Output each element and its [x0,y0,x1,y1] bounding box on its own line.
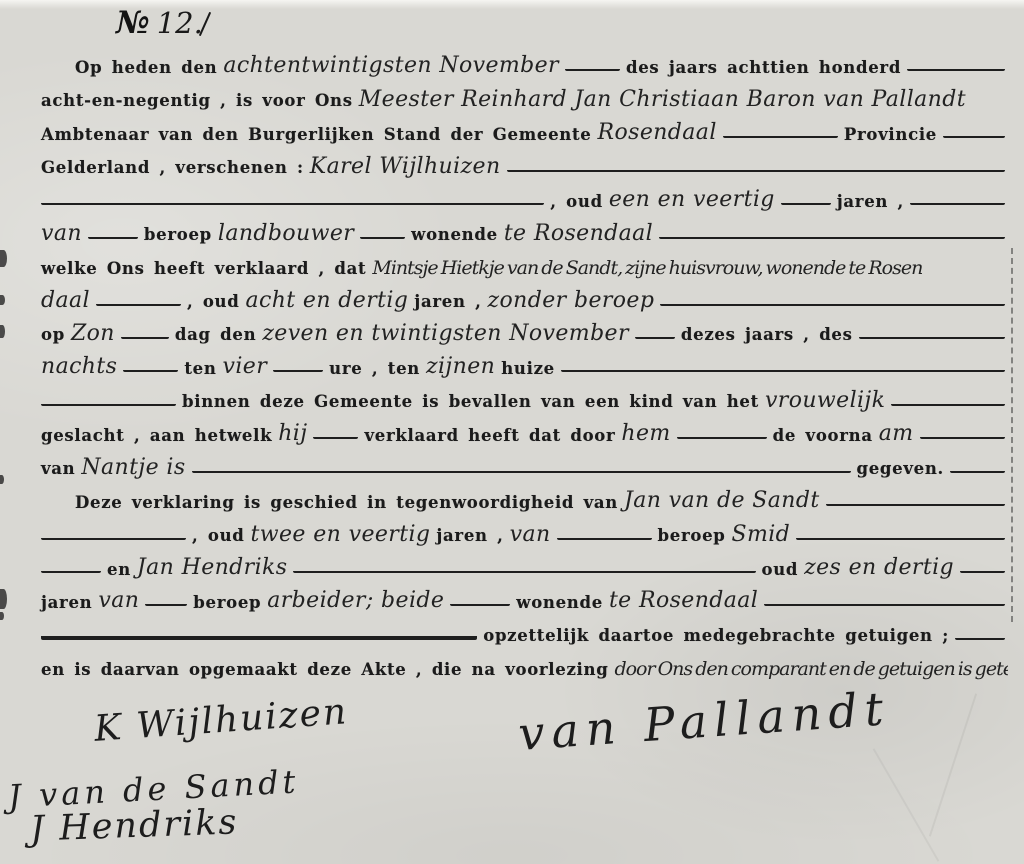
blank-rule [723,134,838,138]
blank-rule [910,201,1005,205]
blank-rule [561,368,1005,372]
printed-text: Deze verklaring is geschied in tegenwoor… [75,495,618,512]
line-birth-time: nachtstenvierure , tenzijnenhuize [38,346,1008,379]
blank-rule [950,469,1005,473]
handwritten-entry: acht en dertig [245,290,408,312]
printed-text: Gelderland , verschenen : [41,160,304,177]
scan-artifact [0,295,5,305]
line-witness-2-occupation: jarenvanberoeparbeider; beidewonendete R… [38,580,1008,613]
paper-crease [873,748,940,862]
blank-rule [660,302,1005,306]
handwritten-entry: van [41,223,82,245]
line-year-registrar: acht-en-negentig , is voor OnsMeester Re… [38,78,1008,111]
scan-artifact [0,475,4,484]
printed-text: wonende [411,227,498,244]
blank-rule [677,435,767,439]
signature-father: K Wijlhuizen [93,691,349,750]
line-province-declarant: Gelderland , verschenen :Karel Wijlhuize… [38,145,1008,178]
printed-text: huize [501,361,555,378]
handwritten-entry: landbouwer [218,223,354,245]
line-birth-day: opZondag denzeven en twintigsten Novembe… [38,313,1008,346]
line-mother: welke Ons heeft verklaard , datMintsje H… [38,246,1008,279]
blank-rule [565,67,620,71]
blank-rule [121,335,169,339]
blank-rule [123,368,178,372]
act-number-value: 12. [157,6,203,40]
handwritten-entry: van [510,524,551,546]
printed-text: beroep [144,227,212,244]
scan-artifact [0,325,5,338]
printed-text: dezes jaars , des [681,327,853,344]
blank-rule [859,335,1005,339]
scanned-birth-certificate: №12. Op heden denachtentwintigsten Novem… [0,0,1024,864]
blank-rule [891,402,1005,406]
printed-text: geslacht , aan hetwelk [41,428,272,445]
handwritten-entry: twee en veertig [251,524,431,546]
blank-rule [907,67,1005,71]
handwritten-entry: te Rosendaal [504,223,653,245]
printed-text: binnen deze Gemeente is bevallen van een… [182,394,759,411]
scan-artifact [0,612,4,620]
act-number: №12. [116,5,206,41]
blank-rule [41,201,544,205]
line-witnesses-clause: opzettelijk daartoe medegebrachte getuig… [38,613,1008,646]
handwritten-entry: Mintsje Hietkje van de Sandt, zijne huis… [372,259,922,278]
signature-registrar: van Pallandt [517,681,892,761]
printed-text: wonende [516,595,603,612]
line-name-declaration: geslacht , aan hetwelkhijverklaard heeft… [38,413,1008,446]
blank-rule [96,302,181,306]
printed-text: gegeven. [857,461,945,478]
printed-text: , oud [550,194,603,211]
handwritten-entry: am [879,423,914,445]
handwritten-entry: zijnen [426,356,495,378]
printed-text: welke Ons heeft verklaard , dat [41,261,366,278]
blank-rule [943,134,1005,138]
blank-rule [293,569,755,573]
printed-text: jaren , [414,294,481,311]
printed-text: van [41,461,75,478]
printed-text: des jaars achttien honderd [626,60,901,77]
line-declarant-occupation: vanberoeplandbouwerwonendete Rosendaal [38,212,1008,245]
blank-rule [450,602,510,606]
printed-text: jaren [41,595,92,612]
blank-rule [826,502,1005,506]
handwritten-entry: hij [278,423,307,445]
blank-rule [41,536,186,540]
printed-text: verklaard heeft dat door [364,428,615,445]
handwritten-entry: arbeider; beide [267,590,444,612]
handwritten-entry: Jan Hendriks [137,557,288,579]
printed-text: en is daarvan opgemaakt deze Akte , die … [41,662,608,679]
handwritten-entry: achtentwintigsten November [223,55,559,77]
blank-rule [781,201,831,205]
printed-text: Op heden den [75,60,217,77]
blank-rule [920,435,1006,439]
printed-text: en [107,562,131,579]
blank-rule [192,469,851,473]
handwritten-entry: Zon [71,323,115,345]
printed-text: Provincie [844,127,937,144]
printed-text: op [41,327,65,344]
printed-text: de voorna [773,428,873,445]
paper-crease [929,693,977,836]
handwritten-entry: Meester Reinhard Jan Christiaan Baron va… [359,89,966,111]
blank-rule [360,235,405,239]
blank-rule [313,435,358,439]
line-act-date: Op heden denachtentwintigsten Novemberde… [38,45,1008,78]
printed-text: dag den [175,327,256,344]
blank-rule [557,536,652,540]
page-edge-line [1011,248,1013,622]
handwritten-entry: van [98,590,139,612]
handwritten-entry: vrouwelijk [765,390,885,412]
handwritten-entry: een en veertig [609,189,775,211]
line-mother-age: daal, oudacht en dertigjaren ,zonder ber… [38,279,1008,312]
printed-text: ure , ten [329,361,420,378]
blank-rule [764,602,1005,606]
printed-text: beroep [658,528,726,545]
blank-rule [41,634,477,640]
handwritten-entry: zeven en twintigsten November [262,323,629,345]
scan-artifact [0,589,7,609]
blank-rule [273,368,323,372]
printed-text: jaren , [436,528,503,545]
blank-rule [659,235,1005,239]
printed-text: ten [184,361,216,378]
printed-text: , oud [192,528,245,545]
printed-text: opzettelijk daartoe medegebrachte getuig… [483,628,949,645]
handwritten-entry: door Ons den comparant en de getuigen is… [614,660,1008,679]
handwritten-entry: Nantje is [81,457,185,479]
handwritten-entry: Rosendaal [598,122,717,144]
handwritten-entry: vier [223,356,268,378]
handwritten-entry: Karel Wijlhuizen [310,156,501,178]
handwritten-entry: daal [41,290,90,312]
blank-rule [955,636,1005,640]
line-child-gender: binnen deze Gemeente is bevallen van een… [38,379,1008,412]
certificate-body: Op heden denachtentwintigsten Novemberde… [38,45,1008,680]
handwritten-entry: Smid [732,524,791,546]
handwritten-entry: nachts [41,356,117,378]
printed-text: oud [762,562,799,579]
handwritten-entry: zes en dertig [804,557,954,579]
blank-rule [88,235,138,239]
line-closing: en is daarvan opgemaakt deze Akte , die … [38,647,1008,680]
blank-rule [41,569,101,573]
printed-text: Ambtenaar van den Burgerlijken Stand der… [41,127,592,144]
line-witness-2: enJan Hendriksoudzes en dertig [38,547,1008,580]
line-municipality: Ambtenaar van den Burgerlijken Stand der… [38,112,1008,145]
line-child-name: vanNantje isgegeven. [38,446,1008,479]
scan-artifact [0,250,7,267]
blank-rule [41,402,176,406]
handwritten-entry: Jan van de Sandt [624,490,820,512]
blank-rule [635,335,675,339]
handwritten-entry: zonder beroep [488,290,655,312]
line-declarant-age: , oudeen en veertigjaren , [38,179,1008,212]
signature-witness-2: J Hendriks [29,802,239,849]
blank-rule [796,536,1005,540]
printed-text: acht-en-negentig , is voor Ons [41,93,353,110]
printed-text: jaren , [837,194,904,211]
printed-text: beroep [193,595,261,612]
blank-rule [960,569,1005,573]
handwritten-entry: te Rosendaal [609,590,758,612]
blank-rule [145,602,187,606]
line-witness-1-age: , oudtwee en veertigjaren ,vanberoepSmid [38,513,1008,546]
numero-symbol: № [116,5,151,41]
blank-rule [507,168,1005,172]
handwritten-entry: hem [621,423,670,445]
printed-text: , oud [187,294,240,311]
line-witness-1: Deze verklaring is geschied in tegenwoor… [38,480,1008,513]
